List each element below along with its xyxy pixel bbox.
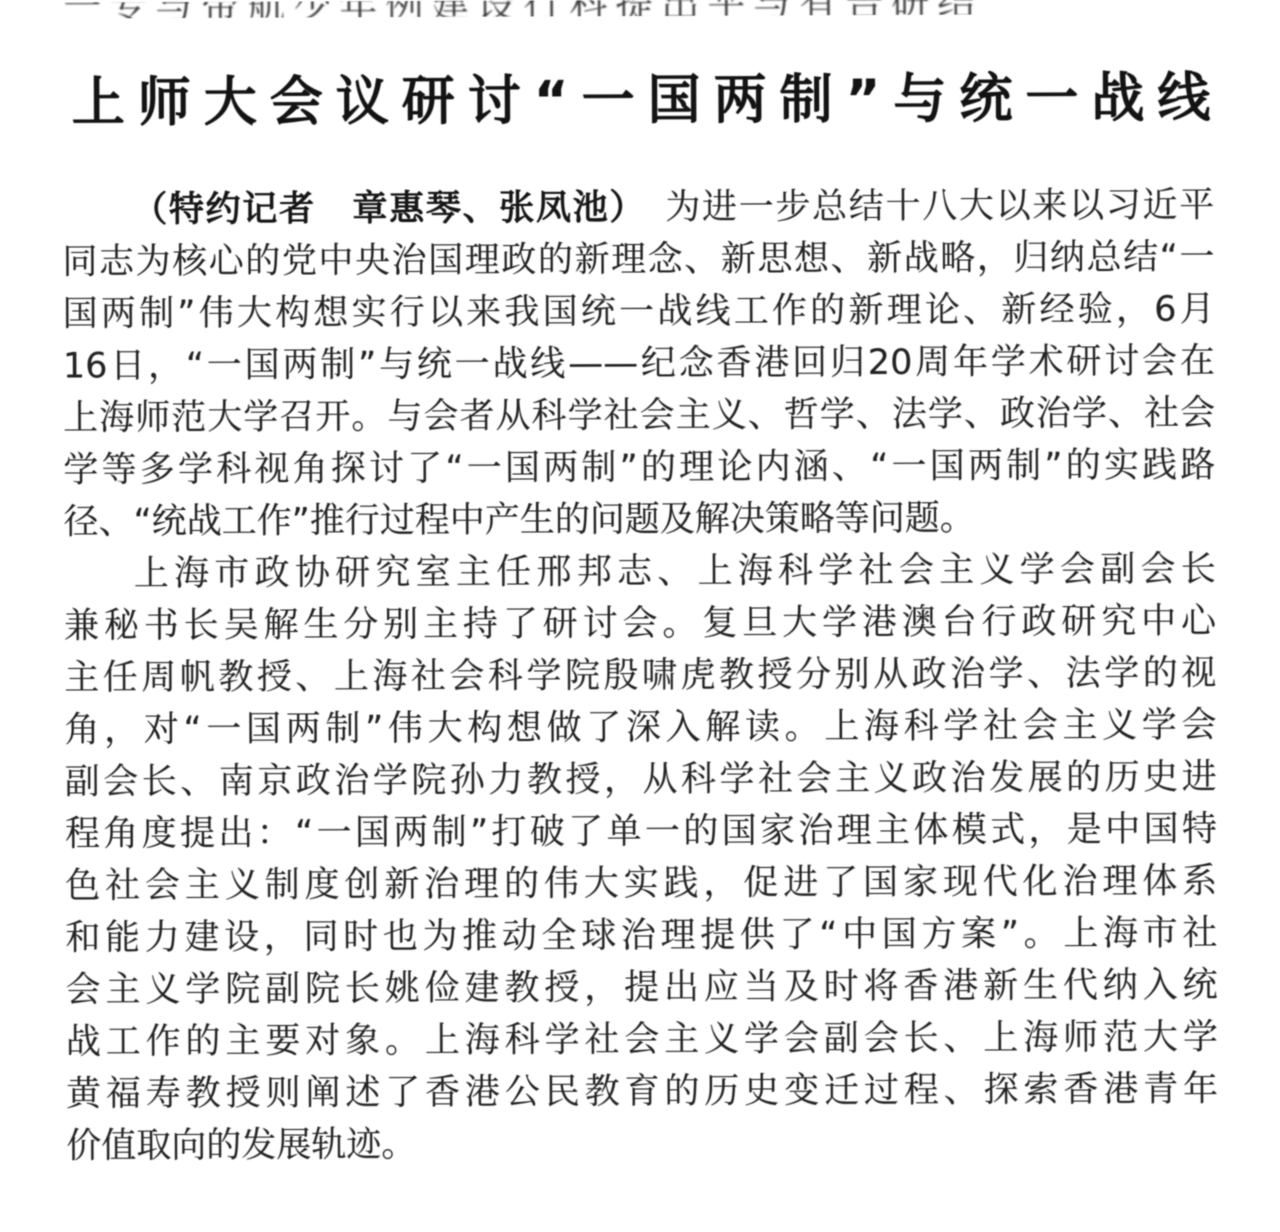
article-body: （特约记者 章惠琴、张凤池） 为进一步总结十八大以来以习近平 同志为核心的党中央… [62, 179, 1218, 1172]
text-line: 和能力建设，同时也为推动全球治理提供了“中国方案”。上海市社 [65, 907, 1217, 964]
text-line: 学等多学科视角探讨了“一国两制”的理论内涵、“一国两制”的实践路 [63, 439, 1215, 496]
text-run: 为进一步总结十八大以来以习近平 [629, 185, 1215, 228]
illegible-text-fragments: 一专与带航少年例建设行科提出平与有告研结船 [63, 0, 973, 19]
text-line: 主任周帆教授、上海社会科学院殷啸虎教授分别从政治学、法学的视 [64, 647, 1216, 704]
text-line: 角，对“一国两制”伟大构想做了深入解读。上海科学社会主义学会 [64, 699, 1216, 756]
text-line: 价值取向的发展轨迹。 [66, 1115, 1218, 1172]
byline: （特约记者 章惠琴、张凤池） [132, 188, 629, 230]
text-line: 程角度提出：“一国两制”打破了单一的国家治理主体模式，是中国特 [65, 803, 1217, 860]
truncated-top-text-line: 一专与带航少年例建设行科提出平与有告研结船 [63, 0, 973, 19]
text-line: 兼秘书长吴解生分别主持了研讨会。复旦大学港澳台行政研究中心 [64, 595, 1216, 652]
text-line: 色社会主义制度创新治理的伟大实践，促进了国家现代化治理体系 [65, 855, 1217, 912]
text-line: 会主义学院副院长姚俭建教授，提出应当及时将香港新生代纳入统 [66, 959, 1218, 1016]
scanned-document-page: 一专与带航少年例建设行科提出平与有告研结船 上师大会议研讨“一国两制”与统一战线… [0, 0, 1280, 1232]
text-line: 副会长、南京政治学院孙力教授，从科学社会主义政治发展的历史进 [65, 751, 1217, 808]
text-line: 国两制”伟大构想实行以来我国统一战线工作的新理论、新经验，6月 [63, 283, 1215, 340]
article-title: 上师大会议研讨“一国两制”与统一战线 [72, 67, 1224, 134]
text-line: （特约记者 章惠琴、张凤池） 为进一步总结十八大以来以习近平 [62, 179, 1214, 236]
text-line: 16日，“一国两制”与统一战线——纪念香港回归20周年学术研讨会在 [63, 335, 1215, 392]
text-line: 上海师范大学召开。与会者从科学社会主义、哲学、法学、政治学、社会 [63, 387, 1215, 444]
text-line: 黄福寿教授则阐述了香港公民教育的历史变迁过程、探索香港青年 [66, 1063, 1218, 1120]
text-line: 战工作的主要对象。上海科学社会主义学会副会长、上海师范大学 [66, 1011, 1218, 1068]
text-line: 同志为核心的党中央治国理政的新理念、新思想、新战略，归纳总结“一 [62, 231, 1214, 288]
text-line: 径、“统战工作”推行过程中产生的问题及解决策略等问题。 [63, 491, 1215, 548]
text-line: 上海市政协研究室主任邢邦志、上海科学社会主义学会副会长 [64, 543, 1216, 600]
